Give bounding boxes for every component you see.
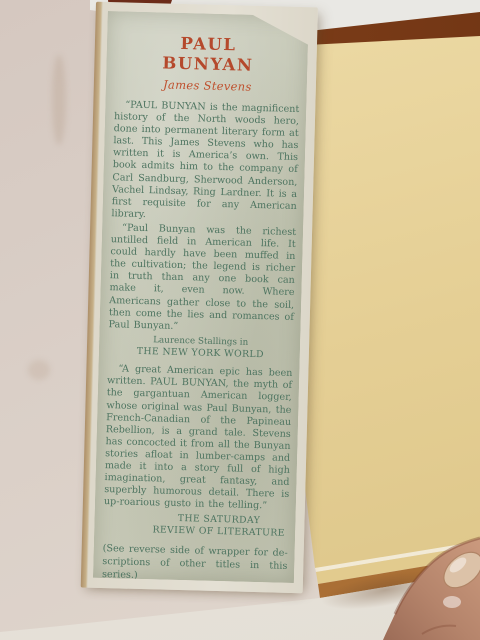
book-title: PAUL BUNYAN xyxy=(115,32,301,77)
table-stain xyxy=(28,360,50,380)
thumb-finger xyxy=(330,530,480,640)
photo-of-book-with-dust-jacket-flap: PAUL BUNYAN James Stevens “PAUL BUNYAN i… xyxy=(0,0,480,640)
series-note: (See reverse side of wrapper for de- scr… xyxy=(102,543,288,583)
table-stain xyxy=(52,55,66,145)
review-paragraph-3: “A great American epic has been written.… xyxy=(104,363,293,513)
review-attribution-saturday-review: THE SATURDAY REVIEW OF LITERATURE xyxy=(103,511,289,539)
review-paragraph-2: “Paul Bunyan was the richest untilled fi… xyxy=(108,222,296,336)
book-author: James Stevens xyxy=(115,76,300,95)
review-attribution-new-york-world: Laurence Stallings in THE NEW YORK WORLD xyxy=(108,334,294,361)
book-title-line2: BUNYAN xyxy=(115,52,300,77)
attribution-publication-line2: REVIEW OF LITERATURE xyxy=(149,524,288,539)
protective-sleeve: PAUL BUNYAN James Stevens “PAUL BUNYAN i… xyxy=(81,2,318,594)
dust-jacket-flap: PAUL BUNYAN James Stevens “PAUL BUNYAN i… xyxy=(93,11,309,583)
thumb-skin-highlight xyxy=(443,596,461,608)
review-paragraph-1: “PAUL BUNYAN is the magnificent history … xyxy=(111,99,299,225)
